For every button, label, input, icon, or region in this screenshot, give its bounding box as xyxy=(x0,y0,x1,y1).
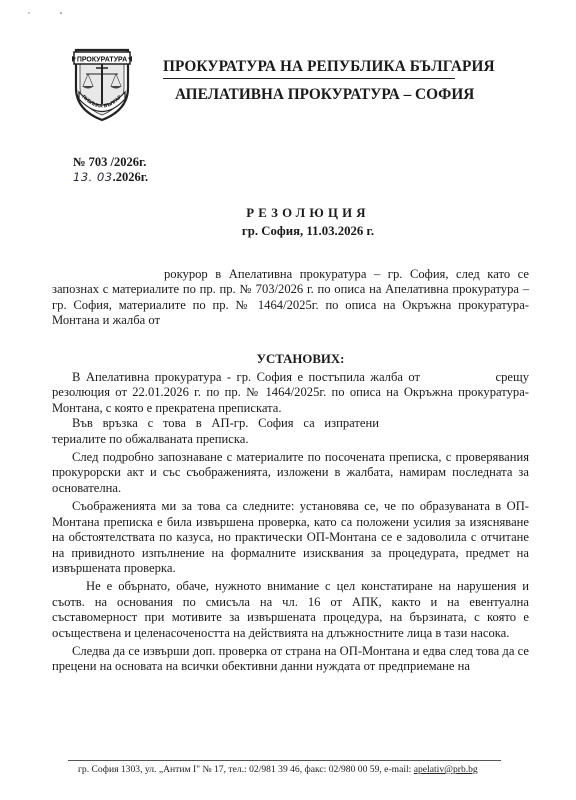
prosecution-emblem-icon: ПРОКУРАТУРА РЕПУБЛИКА БЪЛГАРИЯ xyxy=(70,44,134,122)
paragraph-attention: Не е обърнато, обаче, нужното внимание с… xyxy=(52,579,529,641)
office-name: АПЕЛАТИВНА ПРОКУРАТУРА – СОФИЯ xyxy=(163,86,455,104)
registration-number: № 703 /2026г. xyxy=(73,155,146,170)
intro-paragraph: рокурор в Апелативна прокуратура – гр. С… xyxy=(52,267,529,329)
document-title: РЕЗОЛЮЦИЯ xyxy=(0,206,576,221)
paragraph-text: Във връзка с това в АП-гр. София са изпр… xyxy=(72,416,379,430)
printed-year: .2026г. xyxy=(113,170,149,184)
paragraph-next-steps: Следва да се извърши доп. проверка от ст… xyxy=(52,644,529,675)
institution-name: ПРОКУРАТУРА НА РЕПУБЛИКА БЪЛГАРИЯ xyxy=(163,58,455,79)
paragraph-assessment: След подробно запознаване с материалите … xyxy=(52,450,529,496)
document-place-date: гр. София, 11.03.2026 г. xyxy=(0,224,576,239)
document-body: рокурор в Апелативна прокуратура – гр. С… xyxy=(52,267,529,675)
letterhead: ПРОКУРАТУРА НА РЕПУБЛИКА БЪЛГАРИЯ АПЕЛАТ… xyxy=(163,58,455,104)
scan-speck xyxy=(28,12,30,14)
registration-date: 13. 03.2026г. xyxy=(73,170,148,185)
paragraph-complaint: В Апелативна прокуратура - гр. София е п… xyxy=(52,370,529,416)
scan-speck xyxy=(60,12,62,14)
paragraph-reasons: Съображенията ми за това са следните: ус… xyxy=(52,499,529,576)
handwritten-date: 13. 03 xyxy=(73,170,113,184)
footer-email-link[interactable]: apelativ@prb.bg xyxy=(414,764,478,775)
document-page: ПРОКУРАТУРА РЕПУБЛИКА БЪЛГАРИЯ ПРОКУРАТУ… xyxy=(0,0,576,800)
established-heading: УСТАНОВИХ: xyxy=(52,352,529,367)
svg-text:ПРОКУРАТУРА: ПРОКУРАТУРА xyxy=(77,57,127,64)
footer-address: гр. София 1303, ул. „Антим I" № 17, тел.… xyxy=(78,764,414,775)
paragraph-materials: Във връзка с това в АП-гр. София са изпр… xyxy=(52,416,529,447)
footer-divider xyxy=(68,760,501,761)
footer-contact: гр. София 1303, ул. „Антим I" № 17, тел.… xyxy=(78,764,478,775)
paragraph-text: териалите по обжалваната преписка. xyxy=(52,432,249,446)
paragraph-text: В Апелативна прокуратура - гр. София е п… xyxy=(72,370,420,384)
